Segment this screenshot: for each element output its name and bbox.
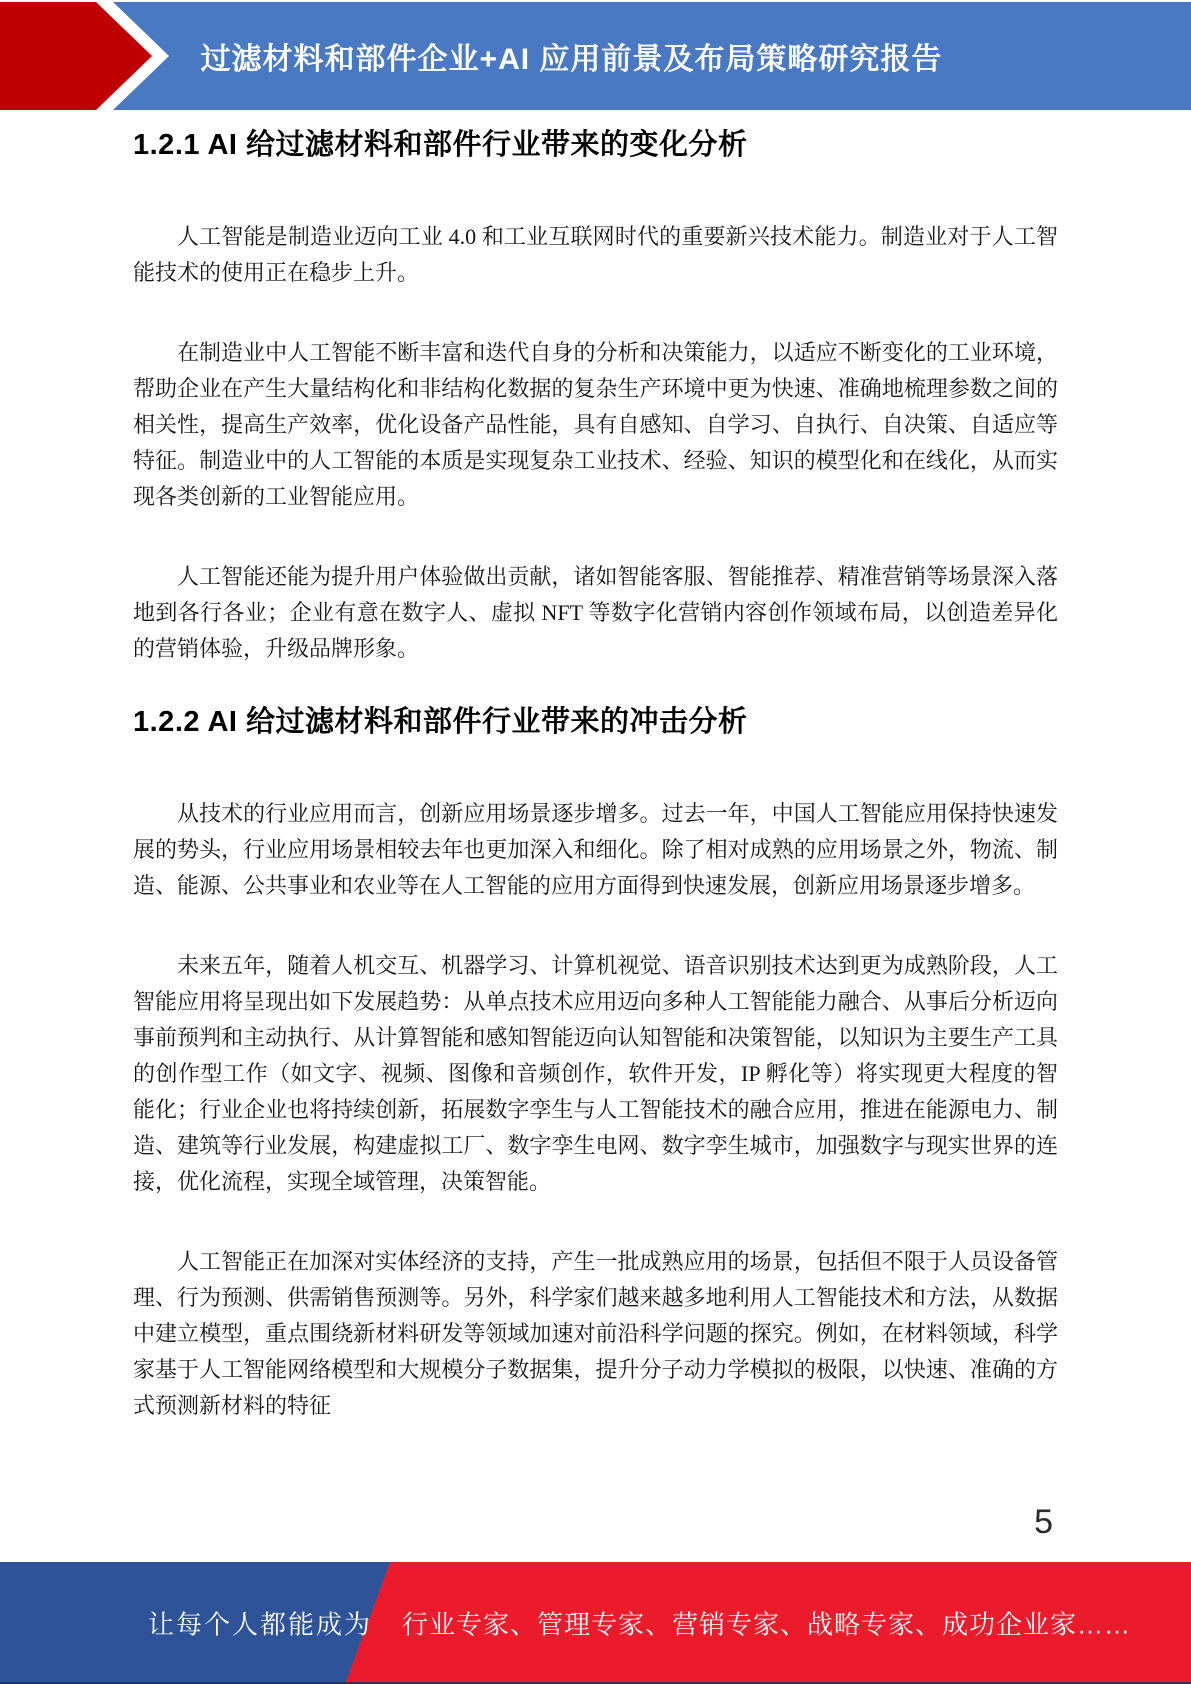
- paragraph: 人工智能正在加深对实体经济的支持，产生一批成熟应用的场景，包括但不限于人员设备管…: [133, 1244, 1058, 1424]
- report-page: 过滤材料和部件企业+AI 应用前景及布局策略研究报告 1.2.1 AI 给过滤材…: [0, 0, 1191, 1684]
- footer-slogan-left: 让每个人都能成为: [148, 1605, 372, 1642]
- paragraph: 人工智能还能为提升用户体验做出贡献，诸如智能客服、智能推荐、精准营销等场景深入落…: [133, 559, 1058, 667]
- paragraph: 人工智能是制造业迈向工业 4.0 和工业互联网时代的重要新兴技术能力。制造业对于…: [133, 219, 1058, 291]
- footer-slogan-right: 行业专家、管理专家、营销专家、战略专家、成功企业家……: [402, 1605, 1131, 1642]
- paragraph: 在制造业中人工智能不断丰富和迭代自身的分析和决策能力，以适应不断变化的工业环境，…: [133, 335, 1058, 515]
- report-title: 过滤材料和部件企业+AI 应用前景及布局策略研究报告: [0, 34, 1167, 78]
- page-header-banner: 过滤材料和部件企业+AI 应用前景及布局策略研究报告: [0, 2, 1191, 110]
- paragraph: 从技术的行业应用而言，创新应用场景逐步增多。过去一年，中国人工智能应用保持快速发…: [133, 796, 1058, 904]
- section-heading-1-2-2: 1.2.2 AI 给过滤材料和部件行业带来的冲击分析: [133, 705, 1058, 739]
- section-heading-1-2-1: 1.2.1 AI 给过滤材料和部件行业带来的变化分析: [133, 128, 1058, 162]
- page-number: 5: [1034, 1503, 1053, 1542]
- page-footer: 让每个人都能成为 行业专家、管理专家、营销专家、战略专家、成功企业家……: [0, 1562, 1191, 1684]
- document-body: 1.2.1 AI 给过滤材料和部件行业带来的变化分析 人工智能是制造业迈向工业 …: [133, 110, 1058, 1424]
- paragraph: 未来五年，随着人机交互、机器学习、计算机视觉、语音识别技术达到更为成熟阶段，人工…: [133, 948, 1058, 1200]
